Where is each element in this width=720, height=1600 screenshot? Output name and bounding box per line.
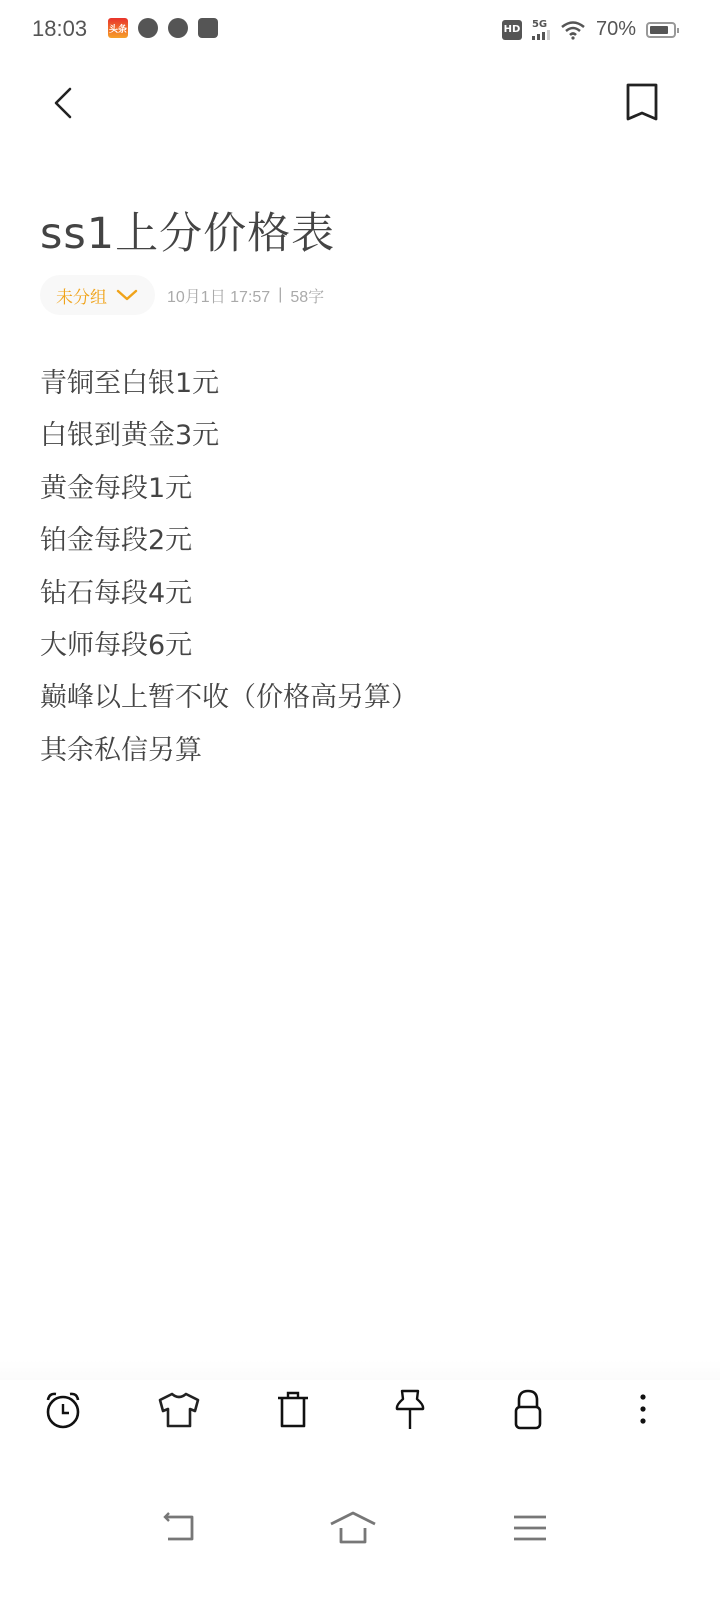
status-time: 18:03 [32, 16, 87, 42]
note-line: 大师每段6元 [40, 620, 418, 672]
bookmark-icon [623, 81, 663, 125]
word-count: 58字 [290, 284, 324, 307]
notification-icons: 头条 [108, 18, 218, 38]
note-line: 铂金每段2元 [40, 515, 418, 567]
pin-icon [390, 1387, 430, 1433]
back-nav-icon [158, 1511, 198, 1545]
home-nav-icon [328, 1510, 378, 1546]
note-body[interactable]: 青铜至白银1元 白银到黄金3元 黄金每段1元 铂金每段2元 钻石每段4元 大师每… [40, 358, 418, 777]
more-button[interactable] [619, 1386, 667, 1434]
system-navigation-bar [0, 1500, 720, 1560]
note-title[interactable]: ss1上分价格表 [40, 200, 335, 261]
lock-button[interactable] [504, 1386, 552, 1434]
note-line: 其余私信另算 [40, 725, 418, 777]
toolbar-divider [0, 1360, 720, 1380]
status-bar: 18:03 头条 HD 5G 70% [0, 0, 720, 60]
delete-button[interactable] [269, 1386, 317, 1434]
video-play-icon [168, 18, 188, 38]
theme-button[interactable] [155, 1386, 203, 1434]
group-selector[interactable]: 未分组 [40, 275, 155, 315]
menu-nav-icon [510, 1511, 550, 1545]
trash-icon [273, 1388, 313, 1432]
note-toolbar [0, 1380, 720, 1440]
more-vertical-icon [633, 1390, 653, 1430]
message-bubble-icon [138, 18, 158, 38]
battery-icon [646, 22, 676, 38]
meta-separator: | [278, 286, 282, 304]
nav-home-button[interactable] [328, 1506, 378, 1550]
bookmark-button[interactable] [618, 78, 668, 128]
wifi-icon [560, 20, 586, 40]
note-line: 青铜至白银1元 [40, 358, 418, 410]
reminder-button[interactable] [39, 1386, 87, 1434]
chevron-down-icon [115, 287, 139, 303]
hd-icon: HD [502, 20, 522, 40]
note-line: 钻石每段4元 [40, 568, 418, 620]
network-type: 5G [532, 20, 550, 30]
nav-back-button[interactable] [153, 1506, 203, 1550]
shopping-bag-icon [198, 18, 218, 38]
group-label: 未分组 [56, 283, 107, 308]
back-button[interactable] [38, 78, 88, 128]
tshirt-icon [156, 1388, 202, 1432]
chevron-left-icon [48, 83, 78, 123]
pin-button[interactable] [386, 1386, 434, 1434]
alarm-clock-icon [41, 1388, 85, 1432]
note-line: 巅峰以上暂不收（价格高另算） [40, 672, 418, 724]
note-meta: 未分组 10月1日 17:57 | 58字 [40, 275, 324, 315]
note-line: 白银到黄金3元 [40, 410, 418, 462]
battery-percent: 70% [596, 18, 636, 41]
nav-menu-button[interactable] [505, 1506, 555, 1550]
toutiao-app-icon: 头条 [108, 18, 128, 38]
note-date: 10月1日 17:57 [167, 284, 270, 307]
lock-icon [508, 1387, 548, 1433]
note-line: 黄金每段1元 [40, 463, 418, 515]
signal-icon: 5G [532, 20, 550, 40]
status-right: HD 5G 70% [502, 18, 676, 41]
